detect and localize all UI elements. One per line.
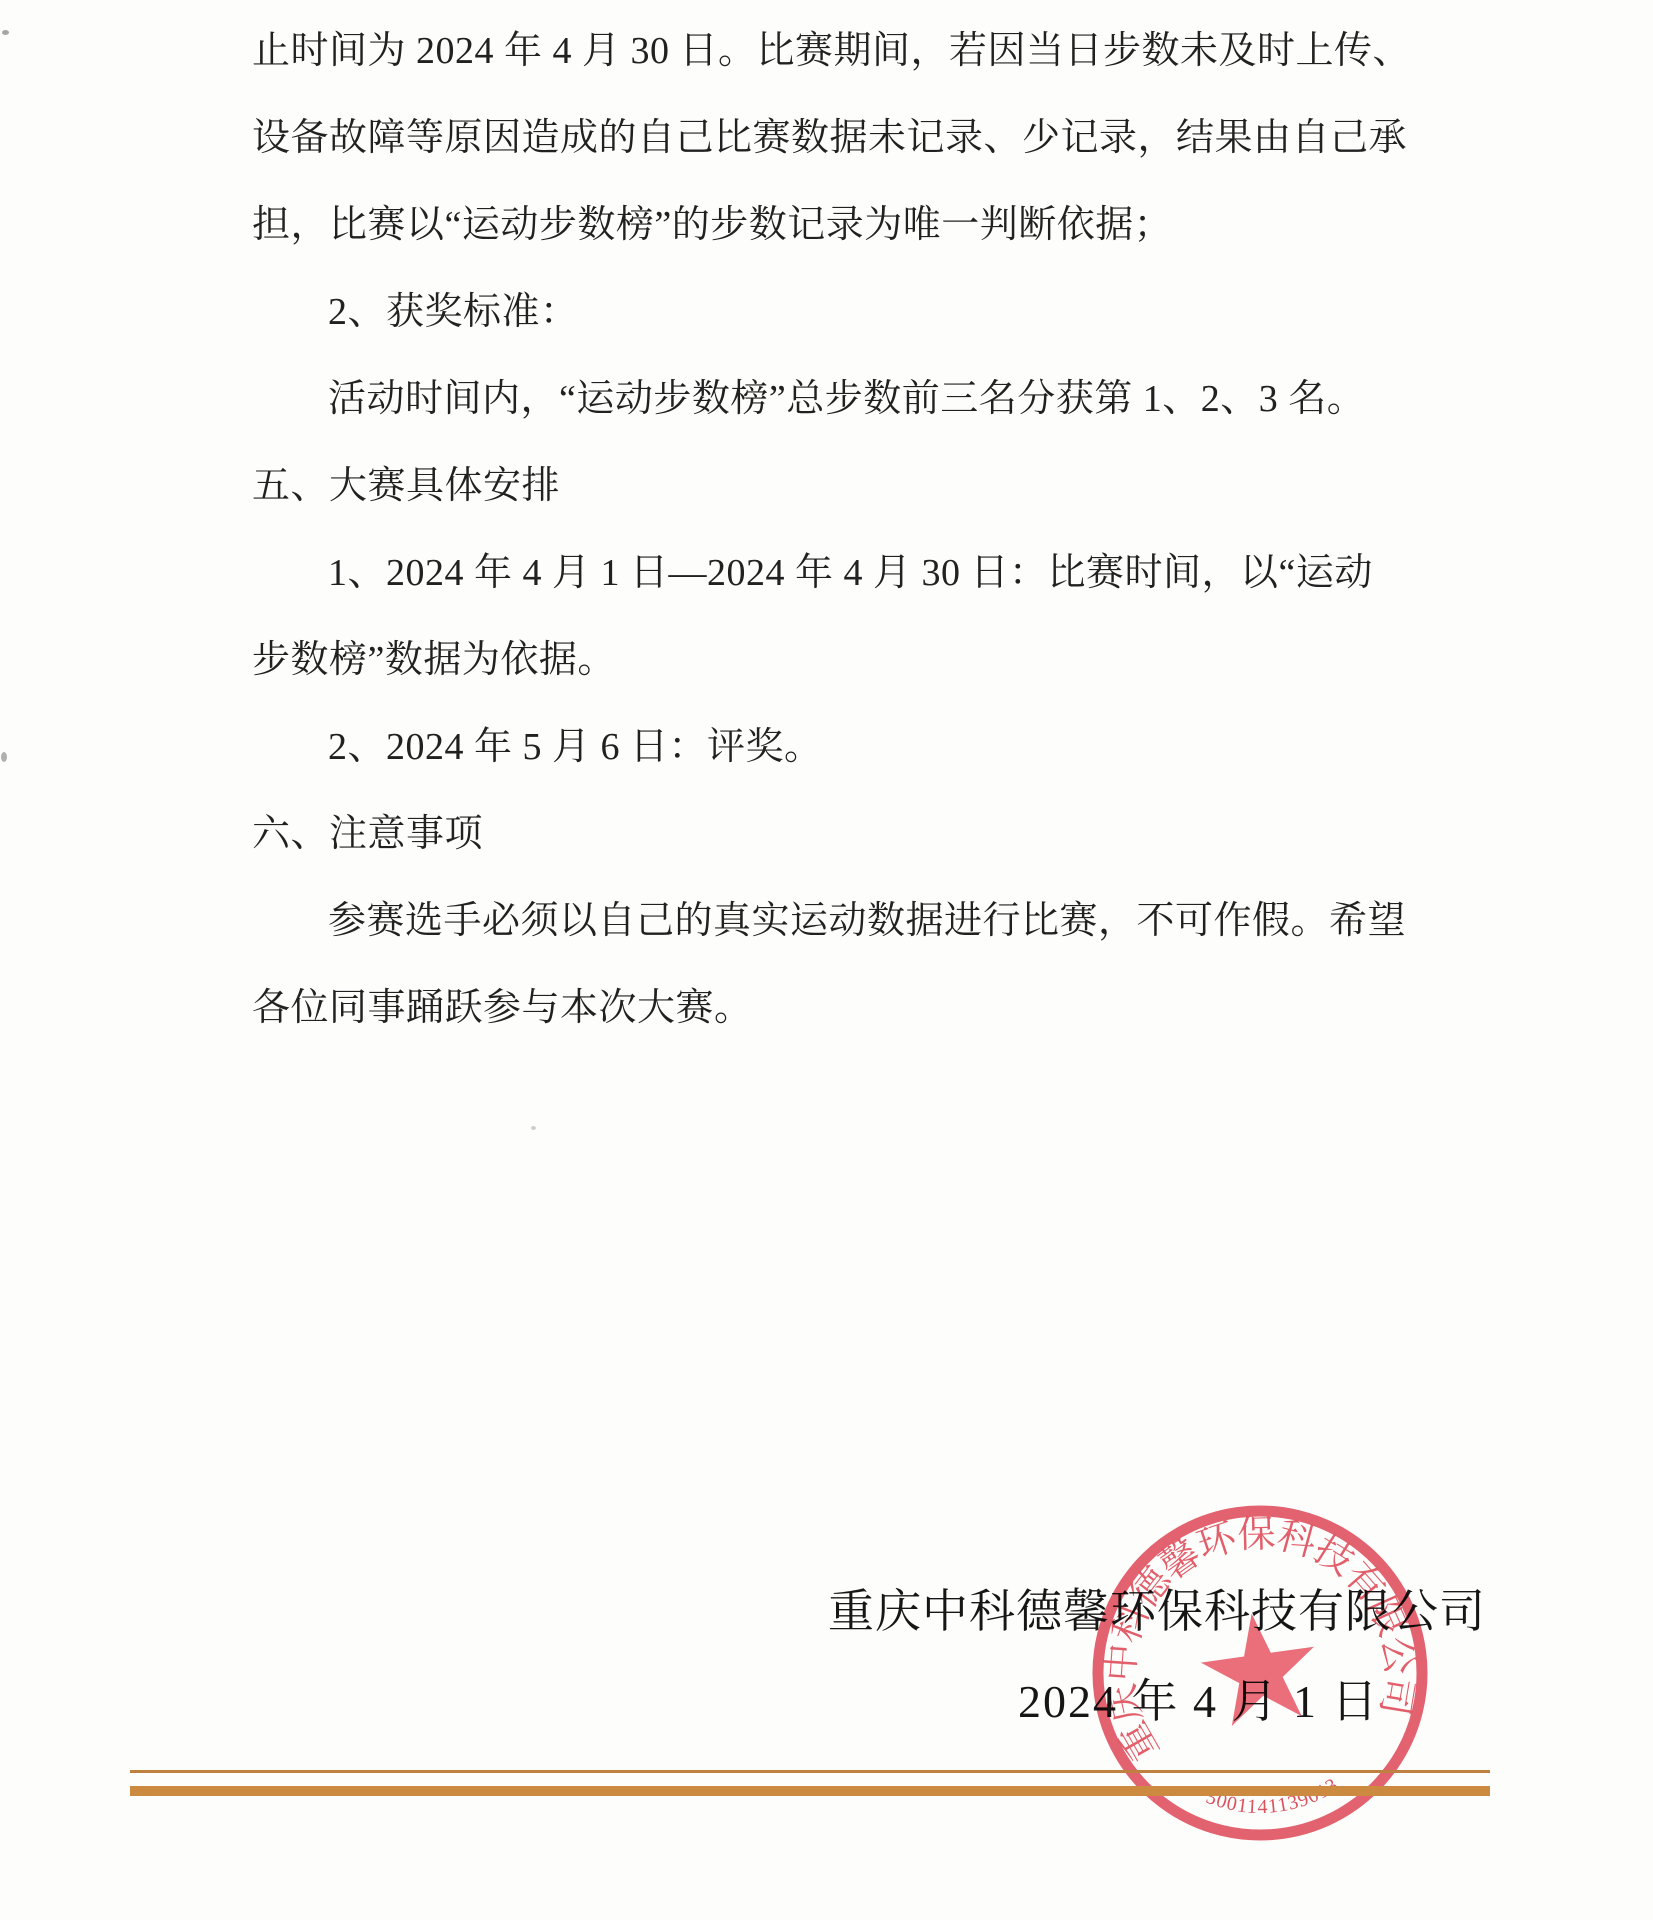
- scan-artifact: [531, 1126, 536, 1130]
- scan-artifact: [2, 30, 9, 35]
- body-line: 参赛选手必须以自己的真实运动数据进行比赛，不可作假。希望: [328, 878, 1406, 965]
- footer-rule-thick: [130, 1786, 1490, 1796]
- body-line-section-heading: 六、注意事项: [252, 791, 483, 878]
- body-line: 各位同事踊跃参与本次大赛。: [252, 965, 753, 1052]
- scan-artifact: [1, 752, 7, 762]
- scanned-document-page: 止时间为 2024 年 4 月 30 日。比赛期间，若因当日步数未及时上传、 设…: [0, 0, 1653, 1920]
- star-icon: [1195, 1606, 1323, 1729]
- body-line: 步数榜”数据为依据。: [252, 617, 616, 704]
- body-line: 止时间为 2024 年 4 月 30 日。比赛期间，若因当日步数未及时上传、: [252, 8, 1411, 95]
- body-line: 2、获奖标准：: [328, 269, 579, 356]
- body-line: 担，比赛以“运动步数榜”的步数记录为唯一判断依据；: [252, 182, 1172, 269]
- body-line: 2、2024 年 5 月 6 日：评奖。: [328, 704, 823, 791]
- body-line-section-heading: 五、大赛具体安排: [252, 443, 560, 530]
- body-line: 设备故障等原因造成的自己比赛数据未记录、少记录，结果由自己承: [252, 95, 1407, 182]
- body-line: 1、2024 年 4 月 1 日—2024 年 4 月 30 日：比赛时间，以“…: [328, 530, 1373, 617]
- footer-rule-thin: [130, 1770, 1490, 1773]
- body-line: 活动时间内，“运动步数榜”总步数前三名分获第 1、2、3 名。: [328, 356, 1365, 443]
